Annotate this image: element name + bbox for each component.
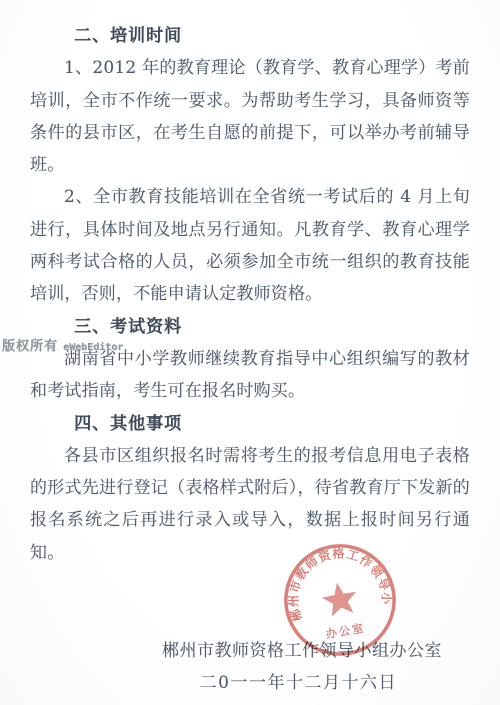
seal-star-icon [320, 580, 360, 618]
paragraph: 1、2012 年的教育理论（教育学、教育心理学）考前培训，全市不作统一要求。为帮… [30, 52, 470, 181]
signature-date: 二0一一年十二月十六日 [30, 667, 470, 699]
paragraph: 2、全市教育技能培训在全省统一考试后的 4 月上旬进行，具体时间及地点另行通知。… [30, 181, 470, 310]
scanned-document-page: 二、培训时间 1、2012 年的教育理论（教育学、教育心理学）考前培训，全市不作… [0, 0, 500, 705]
section-heading-training-time: 二、培训时间 [30, 20, 470, 52]
paragraph: 各县市区组织报名时需将考生的报考信息用电子表格的形式先进行登记（表格样式附后），… [30, 440, 470, 569]
seal-bottom-text: 办公室 [325, 621, 367, 642]
section-heading-other-matters: 四、其他事项 [30, 408, 470, 440]
ewebeditor-watermark: 版权所有 eWebEditor [2, 335, 123, 354]
official-red-seal: 郴州市教师资格工作领导小组 办公室 [272, 532, 409, 669]
watermark-en-text: eWebEditor [63, 342, 123, 353]
watermark-cn-text: 版权所有 [2, 338, 58, 353]
